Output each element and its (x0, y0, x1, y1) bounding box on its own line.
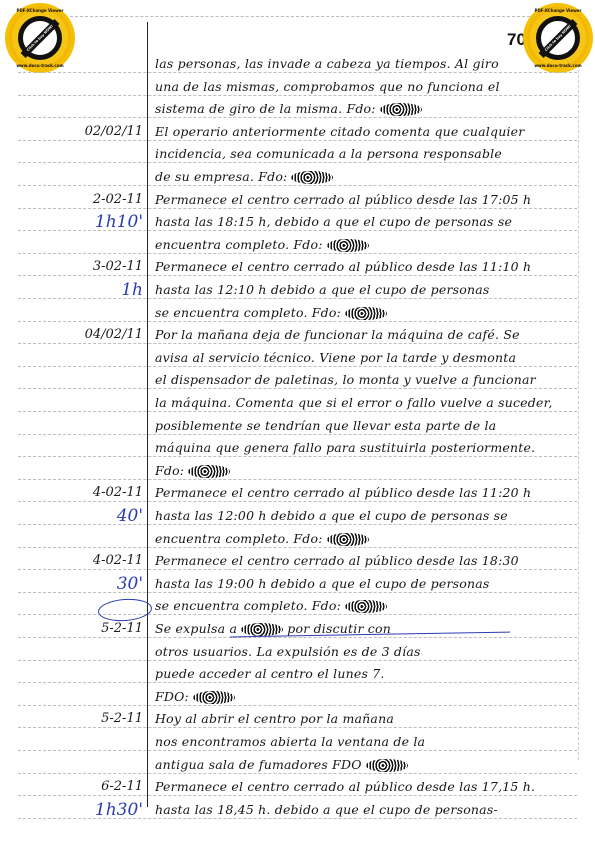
handwritten-logbook-page: 70 PDF-XChange Viewer Click to buy NOW! … (0, 0, 595, 842)
stamp-top-text: PDF-XChange Viewer (526, 8, 590, 13)
entry-text: hasta las 18,45 h. debido a que el cupo … (155, 802, 575, 817)
closure-duration: 1h30' (95, 800, 143, 820)
stamp-top-text: PDF-XChange Viewer (8, 8, 72, 13)
log-line: 1h30'hasta las 18,45 h. debido a que el … (0, 792, 595, 822)
entry-text-content: hasta las 18,45 h. debido a que el cupo … (155, 802, 498, 817)
top-divider (70, 16, 530, 17)
